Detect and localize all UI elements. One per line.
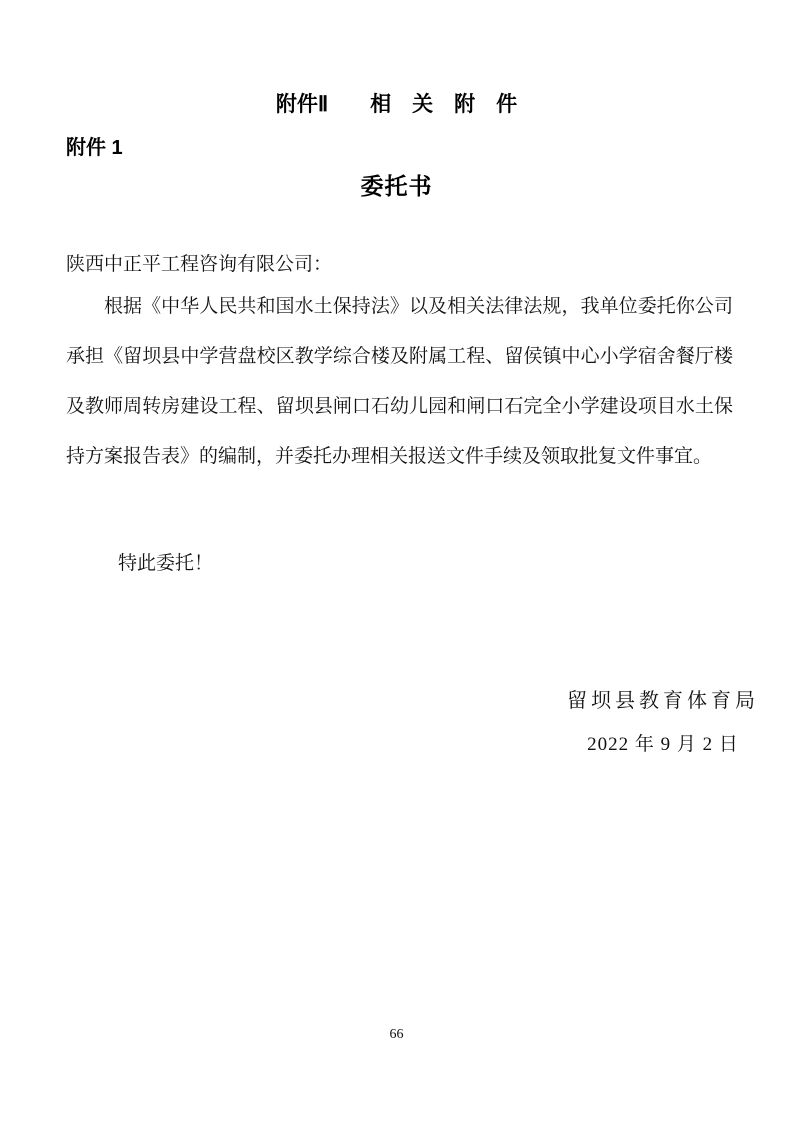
signature-block: 留坝县教育体育局 2022 年 9 月 2 日: [533, 688, 793, 758]
attachment-section-heading: 附件Ⅱ 相 关 附 件: [0, 88, 793, 118]
signature-organization: 留坝县教育体育局: [533, 688, 793, 714]
signature-date: 2022 年 9 月 2 日: [533, 732, 793, 758]
body-paragraph: 根据《中华人民共和国水土保持法》以及相关法律法规，我单位委托你公司承担《留坝县中…: [66, 282, 733, 482]
attachment-number-label: 附件 1: [66, 131, 123, 160]
recipient-line: 陕西中正平工程咨询有限公司：: [66, 252, 332, 278]
document-title: 委托书: [0, 168, 793, 201]
closing-line: 特此委托！: [118, 548, 213, 575]
document-page: 附件Ⅱ 相 关 附 件 附件 1 委托书 陕西中正平工程咨询有限公司： 根据《中…: [0, 0, 793, 1122]
page-number: 66: [0, 1027, 793, 1043]
